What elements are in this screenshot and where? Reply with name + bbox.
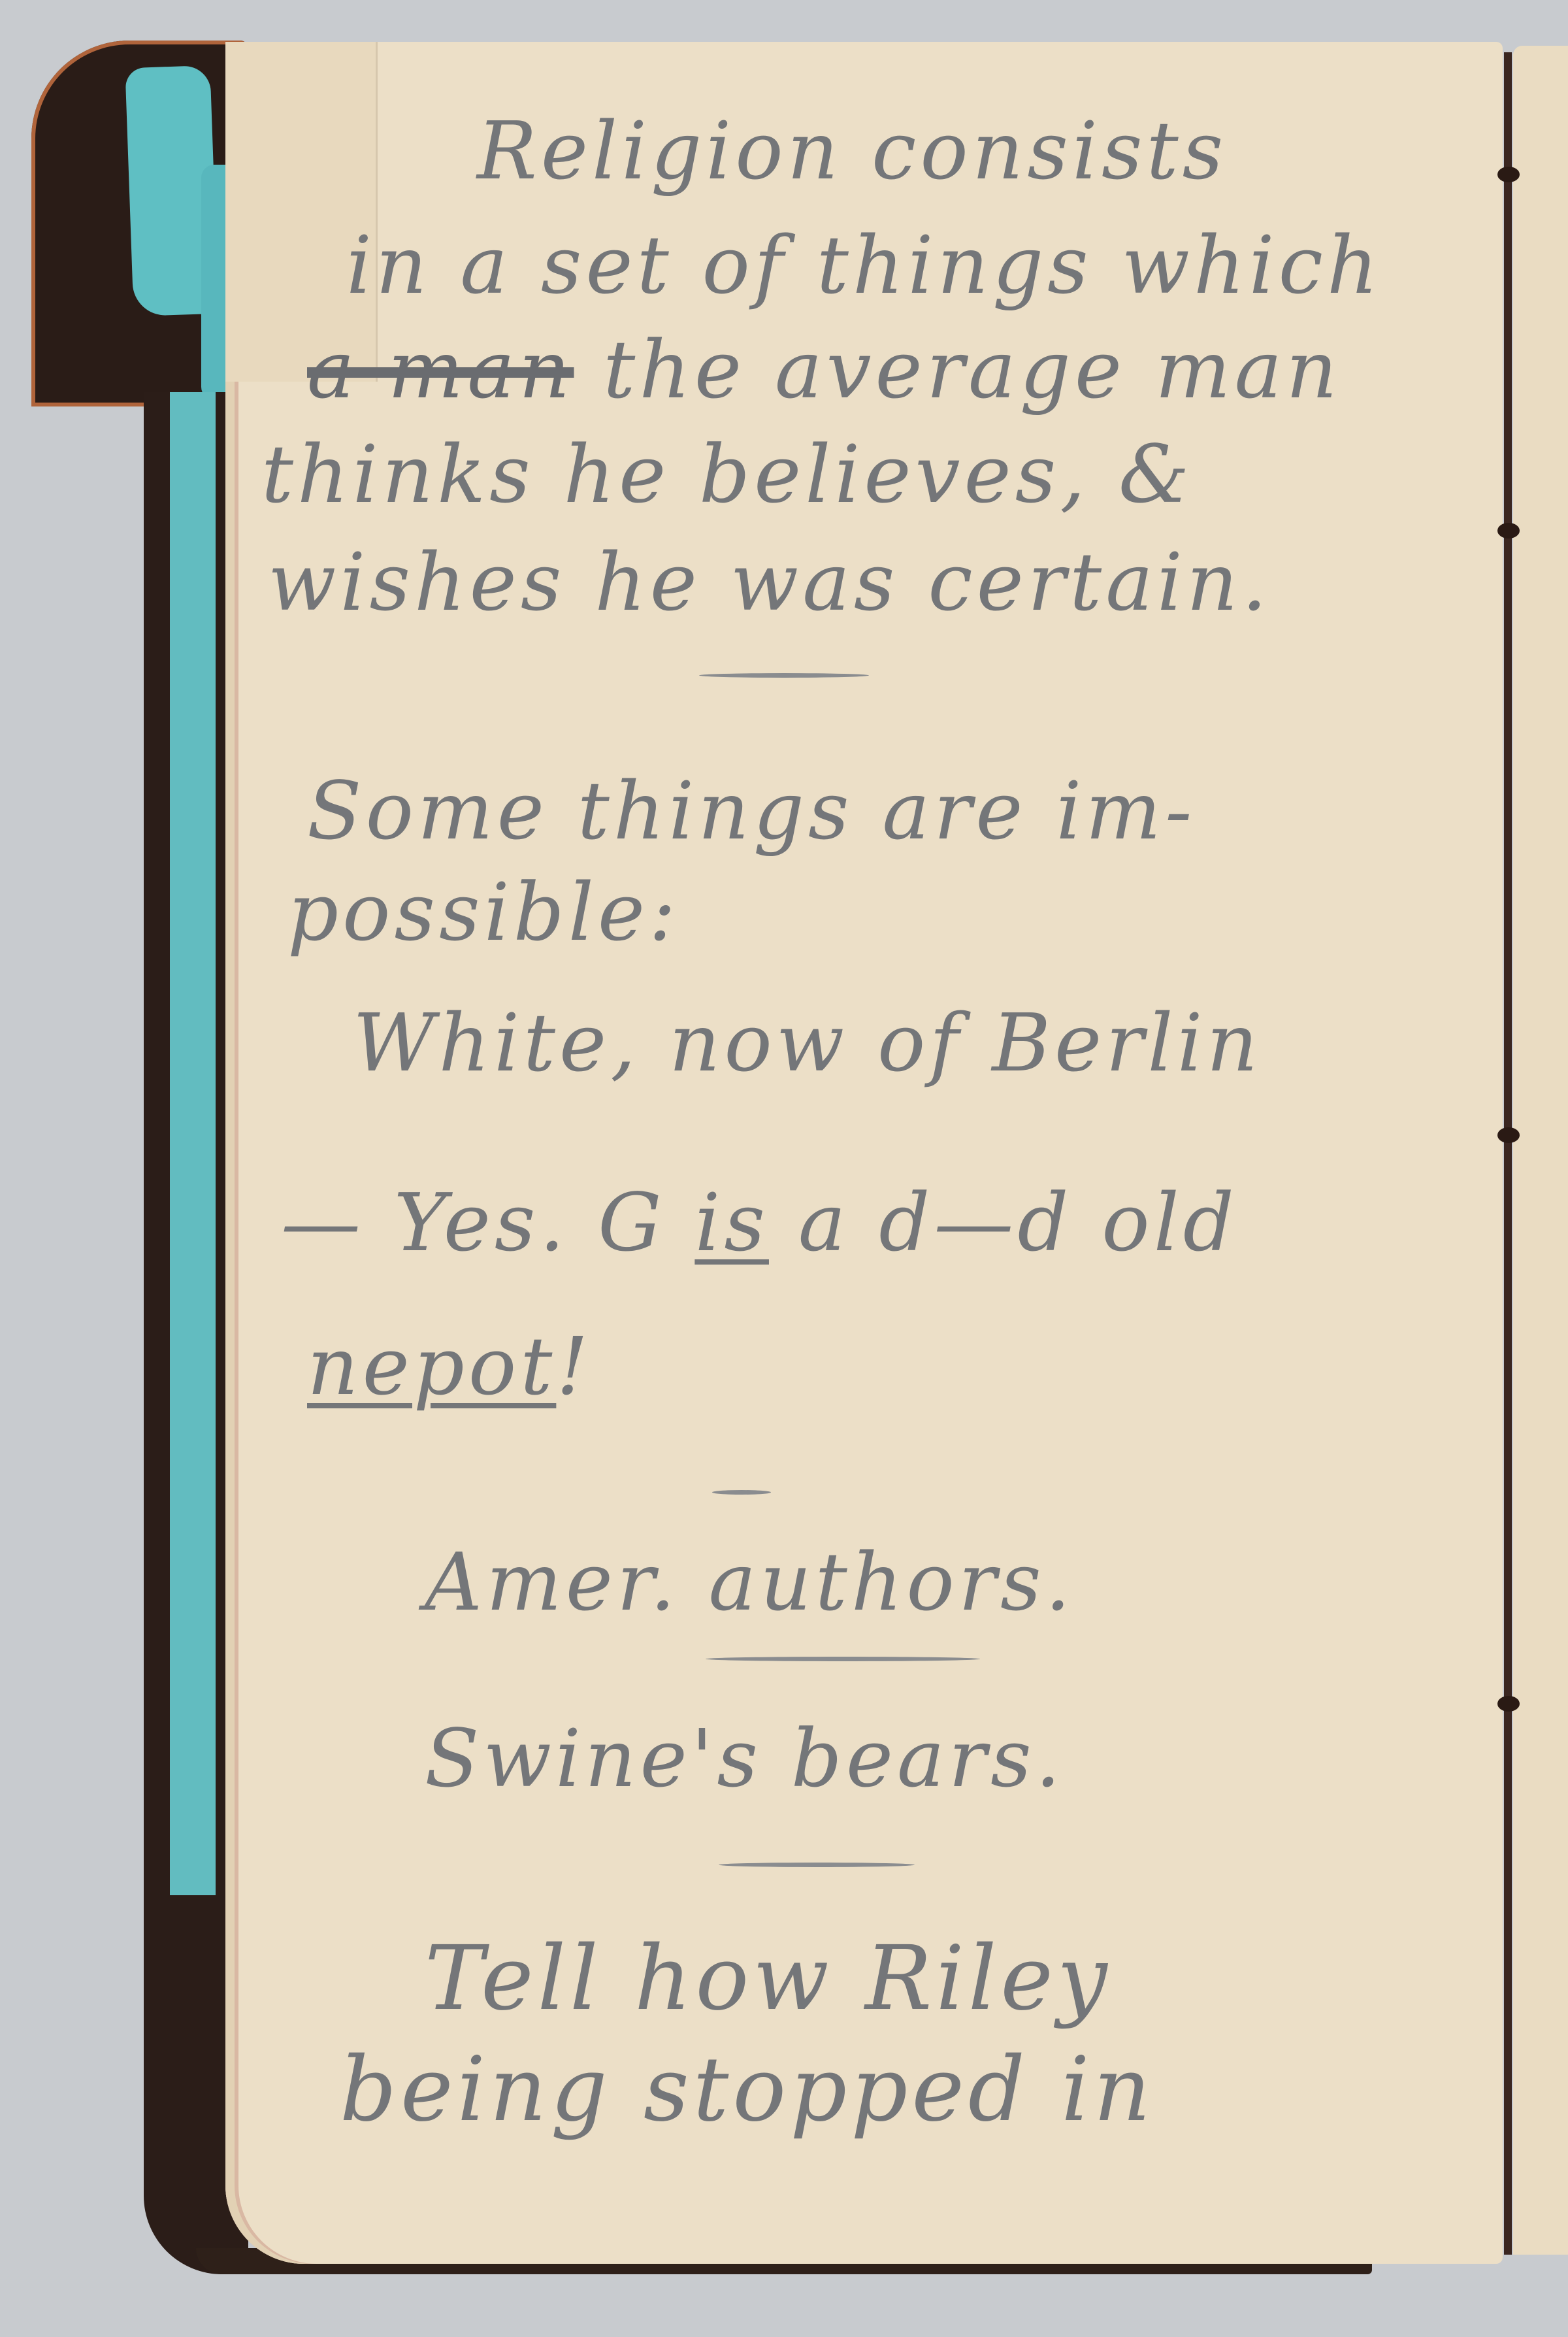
handwritten-line: being stopped in (0, 2046, 1568, 2134)
struck-text: a man (307, 323, 574, 416)
handwritten-line: thinks he believes, & (0, 435, 1568, 514)
line-text: in a set of things which (346, 219, 1382, 312)
line-text: ! (556, 1320, 592, 1413)
line-text: Tell how Riley (425, 1927, 1111, 2030)
handwritten-line: Amer. authors. (0, 1542, 1568, 1622)
handwritten-line: possible: (0, 872, 1568, 952)
handwritten-line: Some things are im- (0, 771, 1568, 851)
line-text: the average man (603, 323, 1341, 416)
handwritten-line: a man the average man (0, 330, 1568, 410)
line-text: wishes he was certain. (268, 536, 1271, 629)
binding-stitch (1497, 1696, 1520, 1712)
handwritten-line: White, now of Berlin (0, 1003, 1568, 1083)
handwritten-line: Tell how Riley (0, 1934, 1568, 2023)
separator-mark (719, 1863, 915, 1867)
handwritten-line: wishes he was certain. (0, 542, 1568, 622)
notebook-photo: Religion consists in a set of things whi… (0, 0, 1568, 2337)
handwritten-line: nepot! (0, 1327, 1568, 1406)
separator-mark (699, 673, 869, 678)
handwritten-line: Religion consists (0, 111, 1568, 191)
line-text: thinks he believes, & (261, 428, 1193, 521)
separator-mark (706, 1657, 980, 1661)
line-text: Swine's bears. (425, 1712, 1064, 1805)
binding-stitch (1497, 1127, 1520, 1143)
underlined-text: is (694, 1176, 769, 1269)
line-text: White, now of Berlin (353, 997, 1262, 1089)
handwritten-line: Swine's bears. (0, 1719, 1568, 1798)
line-text: possible: (287, 866, 679, 959)
line-text: a d—d old (769, 1176, 1238, 1269)
binding-stitch (1497, 523, 1520, 539)
line-text: — Yes. G (281, 1176, 694, 1269)
line-text: Amer. authors. (425, 1536, 1075, 1629)
line-text: Some things are im- (307, 765, 1196, 857)
handwritten-line: — Yes. G is a d—d old (0, 1183, 1568, 1263)
handwritten-line: in a set of things which (0, 225, 1568, 305)
separator-mark (712, 1490, 771, 1495)
underlined-text: nepot (307, 1320, 556, 1413)
line-text: being stopped in (340, 2038, 1154, 2142)
line-text: Religion consists (477, 105, 1227, 197)
